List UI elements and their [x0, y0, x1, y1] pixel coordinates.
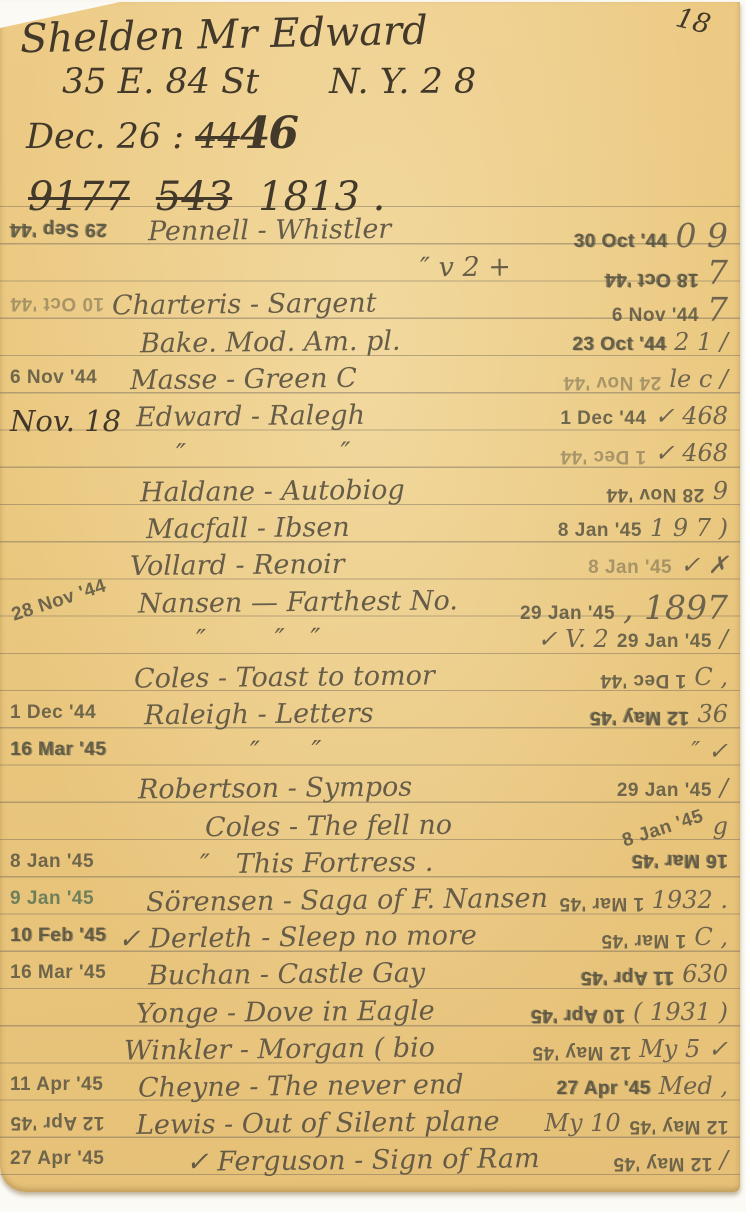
ledger-row: Vollard - Renoir8 Jan '45✓ ✗ [0, 549, 734, 586]
ledger-row: 12 Apr '45Lewis - Out of Silent planeMy … [0, 1107, 734, 1144]
ledger-row: ″ ″ ″✓ V. 229 Jan '45/ [0, 623, 734, 660]
return-marks: ✓ V. 229 Jan '45/ [537, 625, 728, 653]
book-entry: ✓ Derleth - Sleep no more [118, 919, 477, 957]
date-crossed-out: 44 [195, 117, 240, 157]
book-entry: Coles - The fell no [205, 808, 452, 845]
return-date-stamp: 1 Dec '44 [600, 669, 686, 691]
book-entry: Raleigh - Letters [144, 697, 374, 733]
ledger-row: Robertson - Sympos29 Jan '45/ [0, 772, 734, 809]
pencil-note: Med , [659, 1072, 728, 1100]
book-entry: Edward - Ralegh [136, 399, 365, 435]
pencil-note: 36 [697, 700, 728, 728]
ledger-row: 16 Mar '45″ ″″ ✓ [0, 735, 734, 772]
book-entry: ″ v 2 + [420, 251, 511, 286]
ledger-row: 27 Apr '45✓ Ferguson - Sign of Ram12 May… [0, 1144, 734, 1181]
checkout-date-stamp: 9 Jan '45 [10, 888, 94, 910]
return-date-stamp: 8 Jan '45 [588, 557, 672, 579]
return-date-stamp: 8 Jan '45 [558, 520, 642, 542]
book-entry: Cheyne - The never end [138, 1068, 464, 1105]
pencil-note: My 5 ✓ [639, 1035, 728, 1063]
borrower-name: Shelden Mr Edward [20, 8, 429, 63]
ledger-row: Bake. Mod. Am. pl.23 Oct '442 1 / [0, 326, 734, 363]
ledger-row: 28 Nov '44Nansen — Farthest No.29 Jan '4… [0, 586, 734, 623]
pencil-note: ✓ ✗ [680, 551, 728, 579]
return-date-stamp: 29 Jan '45 [617, 780, 712, 802]
pencil-note: , 1897 [623, 588, 728, 627]
return-marks: 6 Nov '447 [612, 290, 728, 329]
pencil-note: My 10 [544, 1109, 620, 1137]
book-entry: Bake. Mod. Am. pl. [140, 324, 401, 361]
return-date-stamp: 12 May '45 [613, 1152, 712, 1174]
return-date-stamp: 1 Mar '45 [601, 929, 686, 951]
ledger-row: 6 Nov '44Masse - Green C24 Nov '44le c / [0, 363, 734, 400]
checkout-date-stamp: 10 Feb '45 [10, 925, 106, 947]
return-marks: 8 Jan '45g [621, 812, 728, 840]
pencil-note: / [720, 625, 728, 653]
book-entry: Haldane - Autobiog [140, 473, 405, 510]
book-entry: ″ ″ [176, 436, 351, 472]
return-date-stamp: 12 May '45 [532, 1041, 631, 1063]
ledger-row: Yonge - Dove in Eagle10 Apr '45( 1931 ) [0, 996, 734, 1033]
ledger-row: Coles - The fell no8 Jan '45g [0, 810, 734, 847]
return-marks: 1 Dec '44✓ 468 [560, 402, 728, 430]
pencil-note: 9 [713, 477, 728, 505]
return-marks: 12 May '45/ [613, 1146, 728, 1174]
book-entry: Macfall - Ibsen [146, 511, 350, 547]
return-date-stamp: 1 Dec '44 [560, 445, 646, 467]
city-line: N. Y. 2 8 [329, 62, 476, 102]
pencil-note: 7 [707, 253, 728, 292]
return-date-stamp: 24 Nov '44 [563, 371, 661, 393]
book-entry: ″ This Fortress . [200, 845, 434, 881]
return-date-stamp: 27 Apr '45 [556, 1078, 650, 1100]
page-number: 18 [672, 2, 713, 40]
book-entry: Masse - Green C [130, 362, 357, 398]
ledger-row: 11 Apr '45Cheyne - The never end27 Apr '… [0, 1070, 734, 1107]
return-marks: 1 Mar '45C , [601, 923, 728, 951]
return-date-stamp: 29 Jan '45 [617, 631, 712, 653]
book-entry: Yonge - Dove in Eagle [136, 994, 435, 1031]
checkout-date-stamp: 6 Nov '44 [10, 367, 97, 389]
return-date-stamp: 28 Nov '44 [606, 483, 704, 505]
book-entry: Buchan - Castle Gay [148, 957, 425, 994]
pencil-note: 1932 . [652, 886, 728, 914]
return-marks: 28 Nov '449 [606, 477, 728, 505]
return-date-stamp: 18 Oct '44 [605, 268, 699, 290]
return-marks: 11 Apr '45630 [581, 960, 728, 988]
return-marks: 1 Dec '44C , [600, 663, 728, 691]
return-marks: 12 May '4536 [590, 700, 728, 728]
book-entry: Vollard - Renoir [130, 548, 345, 584]
ledger-row: 29 Sep '44Pennell - Whistler30 Oct '440 … [0, 214, 734, 251]
return-date-stamp: 1 Mar '45 [559, 892, 644, 914]
date-prefix: Dec. 26 : [26, 117, 184, 157]
ledger-row: Winkler - Morgan ( bio12 May '45My 5 ✓ [0, 1033, 734, 1070]
pencil-note: 630 [682, 960, 728, 988]
ledger-row: Haldane - Autobiog28 Nov '449 [0, 475, 734, 512]
return-marks: 29 Jan '45/ [617, 774, 728, 802]
return-marks: 23 Oct '442 1 / [572, 328, 728, 356]
pencil-note: le c / [669, 365, 728, 393]
checkout-date-stamp: 27 Apr '45 [10, 1148, 104, 1170]
ledger-row: Nov. 18Edward - Ralegh1 Dec '44✓ 468 [0, 400, 734, 437]
ledger-row: 8 Jan '45″ This Fortress .16 Mar '45 [0, 847, 734, 884]
return-marks: 29 Jan '45, 1897 [520, 588, 728, 627]
checkout-date-handwritten: Nov. 18 [10, 404, 121, 438]
return-marks: ″ ✓ [691, 737, 728, 765]
date-corrected: 46 [240, 108, 297, 159]
book-entry: ″ ″ [250, 735, 322, 770]
return-date-stamp: 23 Oct '44 [572, 334, 666, 356]
return-date-stamp: 1 Dec '44 [560, 408, 646, 430]
book-entry: Lewis - Out of Silent plane [136, 1105, 500, 1143]
ledger-row: ″ v 2 +18 Oct '447 [0, 251, 734, 288]
pencil-note: ✓ V. 2 [537, 625, 608, 653]
library-card: Shelden Mr Edward 35 E. 84 StN. Y. 2 8 D… [0, 2, 740, 1192]
ledger-row: 10 Oct '44Charteris - Sargent6 Nov '447 [0, 288, 734, 325]
ledger-row: Coles - Toast to tomor1 Dec '44C , [0, 661, 734, 698]
return-marks: 18 Oct '447 [605, 253, 728, 292]
pencil-note: 1 9 7 ) [650, 514, 728, 542]
return-date-stamp: 10 Apr '45 [531, 1004, 625, 1026]
return-marks: 24 Nov '44le c / [563, 365, 728, 393]
book-entry: ″ ″ ″ [196, 623, 321, 658]
pencil-note: 0 9 [676, 216, 728, 255]
checkout-date-stamp: 8 Jan '45 [10, 851, 94, 873]
ledger-row: 9 Jan '45Sörensen - Saga of F. Nansen1 M… [0, 884, 734, 921]
return-marks: 27 Apr '45Med , [556, 1072, 728, 1100]
return-date-stamp: 30 Oct '44 [573, 231, 667, 253]
return-marks: 8 Jan '45✓ ✗ [588, 551, 728, 579]
return-marks: 1 Dec '44✓ 468 [560, 439, 728, 467]
return-marks: 10 Apr '45( 1931 ) [531, 998, 728, 1026]
pencil-note: g [713, 812, 728, 840]
pencil-note: ✓ 468 [654, 402, 728, 430]
checkout-date-stamp: 11 Apr '45 [10, 1074, 103, 1096]
return-date-stamp: 16 Mar '45 [632, 849, 728, 871]
return-marks: 30 Oct '440 9 [573, 216, 728, 255]
ledger-row: 16 Mar '45Buchan - Castle Gay11 Apr '456… [0, 958, 734, 995]
book-entry: Charteris - Sargent [112, 287, 377, 324]
pencil-note: 7 [707, 290, 728, 329]
registration-date: Dec. 26 : 4446 [26, 108, 297, 159]
return-date-stamp: 29 Jan '45 [520, 603, 615, 625]
pencil-note: ✓ 468 [654, 439, 728, 467]
return-marks: 8 Jan '451 9 7 ) [558, 514, 728, 542]
return-date-stamp: 12 May '45 [590, 706, 689, 728]
pencil-note: / [720, 774, 728, 802]
book-entry: Coles - Toast to tomor [134, 659, 435, 696]
checkout-date-stamp: 1 Dec '44 [10, 702, 96, 724]
borrower-address: 35 E. 84 StN. Y. 2 8 [62, 62, 476, 102]
ledger-row: 10 Feb '45✓ Derleth - Sleep no more1 Mar… [0, 921, 734, 958]
book-entry: ✓ Ferguson - Sign of Ram [186, 1143, 540, 1181]
pencil-note: 2 1 / [674, 328, 728, 356]
ledger-row: 1 Dec '44Raleigh - Letters12 May '4536 [0, 698, 734, 735]
return-date-stamp: 8 Jan '45 [619, 805, 706, 852]
pencil-note: / [720, 1146, 728, 1174]
return-date-stamp: 12 May '45 [629, 1115, 728, 1137]
checkout-date-stamp: 16 Mar '45 [10, 739, 106, 761]
checkout-date-stamp: 12 Apr '45 [10, 1111, 104, 1133]
return-date-stamp: 6 Nov '44 [612, 305, 699, 327]
book-entry: Sörensen - Saga of F. Nansen [146, 882, 548, 920]
pencil-note: C , [694, 923, 728, 951]
ledger-row: ″ ″1 Dec '44✓ 468 [0, 437, 734, 474]
checkout-date-stamp: 29 Sep '44 [10, 218, 107, 240]
ledger-row: Macfall - Ibsen8 Jan '451 9 7 ) [0, 512, 734, 549]
checkout-ledger: 29 Sep '44Pennell - Whistler30 Oct '440 … [0, 214, 734, 1182]
book-entry: Pennell - Whistler [148, 213, 392, 250]
pencil-note: ( 1931 ) [633, 998, 728, 1026]
book-entry: Winkler - Morgan ( bio [124, 1031, 435, 1068]
pencil-note: ″ ✓ [691, 737, 728, 765]
checkout-date-stamp: 10 Oct '44 [10, 292, 104, 314]
return-date-stamp: 11 Apr '45 [581, 966, 674, 988]
return-marks: 1 Mar '451932 . [559, 886, 728, 914]
book-entry: Robertson - Sympos [138, 771, 412, 808]
return-marks: 16 Mar '45 [632, 849, 728, 871]
checkout-date-stamp: 16 Mar '45 [10, 962, 106, 984]
pencil-note: C , [694, 663, 728, 691]
book-entry: Nansen — Farthest No. [138, 585, 458, 622]
return-marks: My 1012 May '45 [544, 1109, 728, 1137]
street-address: 35 E. 84 St [62, 62, 259, 102]
return-marks: 12 May '45My 5 ✓ [532, 1035, 728, 1063]
